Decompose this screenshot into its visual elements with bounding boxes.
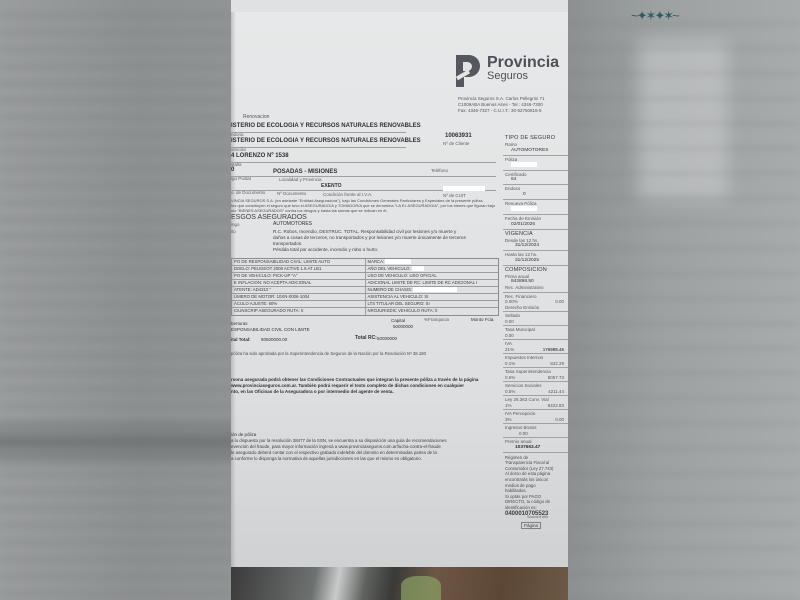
redacted-cuit [443, 186, 485, 191]
regimen-transparencia: Régimen de Transparencia Fiscal al Consu… [503, 453, 568, 518]
brand-name: Provincia [487, 55, 559, 71]
intro-text: VINCIA SEGUROS S.A. (en adelante "Entida… [231, 198, 495, 213]
policy-summary-sidebar: TIPO DE SEGURO Ramo AUTOMOTORES Póliza C… [503, 134, 568, 517]
iva-status: EXENTO [321, 183, 341, 189]
label-franquicia: %Franquicia [424, 317, 449, 322]
total-rc-value: 50000000 [377, 336, 397, 341]
table-row: CIUNSCRIP ASEGURADO RUTA: 0NROJURISDIC V… [232, 308, 498, 315]
label-total-rc: Total RC: [355, 335, 377, 341]
policy-type: Renovacion [243, 114, 269, 120]
label-codigo-postal: igo Postal [231, 176, 251, 181]
redacted-policy-number [511, 162, 537, 167]
table-row: PO DE RESPONSABILIDAD CIVIL: LIMITE AUTO… [232, 259, 498, 266]
certificado-value: 64 [505, 177, 568, 183]
label-monto-fcia: Monto Fcia. [471, 317, 495, 322]
cp-value: 0 [231, 167, 234, 173]
label-coberturas: berturas [231, 321, 248, 326]
fraud-section-title: ión de póliza [231, 432, 256, 437]
label-ramo: ingo [231, 222, 240, 227]
issuer-logo: Provincia Seguros [456, 55, 559, 87]
redacted-renewed-policy [511, 206, 537, 211]
locality: POSADAS - MISIONES [273, 169, 337, 175]
label-condicion-iva: Condición frente al I.V.A. [323, 192, 372, 197]
endoso-value: 0 [505, 192, 568, 198]
table-row: ÚMERO DE MOTOR: 10XN-0006-1004ASISTENCIA… [232, 294, 498, 301]
decorative-print: ~✦✶✦✶~ [631, 8, 731, 22]
blurred-background-left [0, 0, 231, 600]
ramo-value: AUTOMOTORES [273, 221, 312, 227]
label-tipo-doc: o. de Documento [231, 190, 265, 195]
insured-name: ISTERIO DE ECOLOGIA Y RECURSOS NATURALES… [231, 123, 421, 129]
label-client-number: Nº de Cliente [443, 141, 469, 146]
table-row: DDELO: PEUGEOT 2008 ACTIVE 1.6 AT LB1AÑO… [232, 266, 498, 273]
table-row: ÁCULO AJUSTE: 60%LTS TITULAR DEL SEGURO:… [232, 301, 498, 308]
address: 4 LORENZO Nº 1538 [231, 153, 289, 159]
table-row: PO DE VEHICULO: PICK-UP "A"USO DE VEHICU… [232, 273, 498, 280]
vigencia-desde: 31/12/2024 [505, 243, 568, 249]
coverage-name: ESPONSABILIDAD CIVIL CON LIMITE [231, 327, 310, 332]
provincia-p-logo-icon [456, 55, 482, 87]
page-indicator: Página [521, 522, 541, 529]
tomador-name: ISTERIO DE ECOLOGIA Y RECURSOS NATURALES… [231, 138, 421, 144]
blurred-background-right [568, 0, 800, 600]
label-capital: Capital [391, 318, 405, 323]
fecha-emision-value: 02/01/2026 [505, 222, 568, 228]
label-total: ital Total: [231, 337, 251, 342]
premio-value: 1037663.47 [505, 445, 568, 451]
insured-goods-title: ESGOS ASEGURADOS [231, 214, 307, 221]
iva-value: 176988.46 [543, 347, 564, 353]
insurance-policy-document: Provincia Seguros Provincia Seguros S.A.… [231, 12, 568, 567]
scan-watermark: Scanned with [527, 515, 548, 519]
label-localidad: Localidad y Provincia [279, 177, 322, 182]
issuer-address: Provincia Seguros S.A. Carlos Pellegrini… [458, 96, 568, 114]
table-row: E INFLACION: NO ACEPTA ADICIONALADICIONA… [232, 280, 498, 287]
redacted-value [413, 287, 457, 292]
table-row: ATENTE: AD4310 "NUMERO DE CHASIS: [232, 287, 498, 294]
label-domicilio: omicilio [231, 147, 246, 152]
label-telefono: Teléfono [431, 168, 448, 173]
redacted-value [385, 259, 411, 264]
capital-value: 50000000 [393, 324, 413, 329]
total-value: 50500000.00 [261, 337, 287, 342]
label-cobertura: ito [231, 229, 236, 234]
brand-sub: Seguros [487, 71, 559, 82]
label-tomador: ndoria [231, 132, 244, 137]
redacted-value [412, 266, 424, 271]
vehicle-details-table: PO DE RESPONSABILIDAD CIVIL: LIMITE AUTO… [231, 258, 499, 316]
label-nro-doc: Nº Documento [277, 191, 306, 196]
sidebar-title: TIPO DE SEGURO [505, 135, 568, 142]
background-photo-strip [231, 566, 568, 600]
coverage-description: R.C. Robos, Incendio, DESTRUC. TOTAL. Re… [273, 229, 466, 253]
fraud-text: a lo dispuesto por la resolución 38477 d… [231, 438, 447, 462]
conditions-text: rsona asegurada podrá obtener las Condic… [231, 377, 478, 395]
ramo-value: AUTOMOTORES [505, 148, 568, 154]
vigencia-hasta: 31/12/2025 [505, 258, 568, 264]
approval-text: póliza ha sido aprobada por la Superinte… [231, 351, 426, 356]
client-number: 10063931 [445, 133, 472, 139]
